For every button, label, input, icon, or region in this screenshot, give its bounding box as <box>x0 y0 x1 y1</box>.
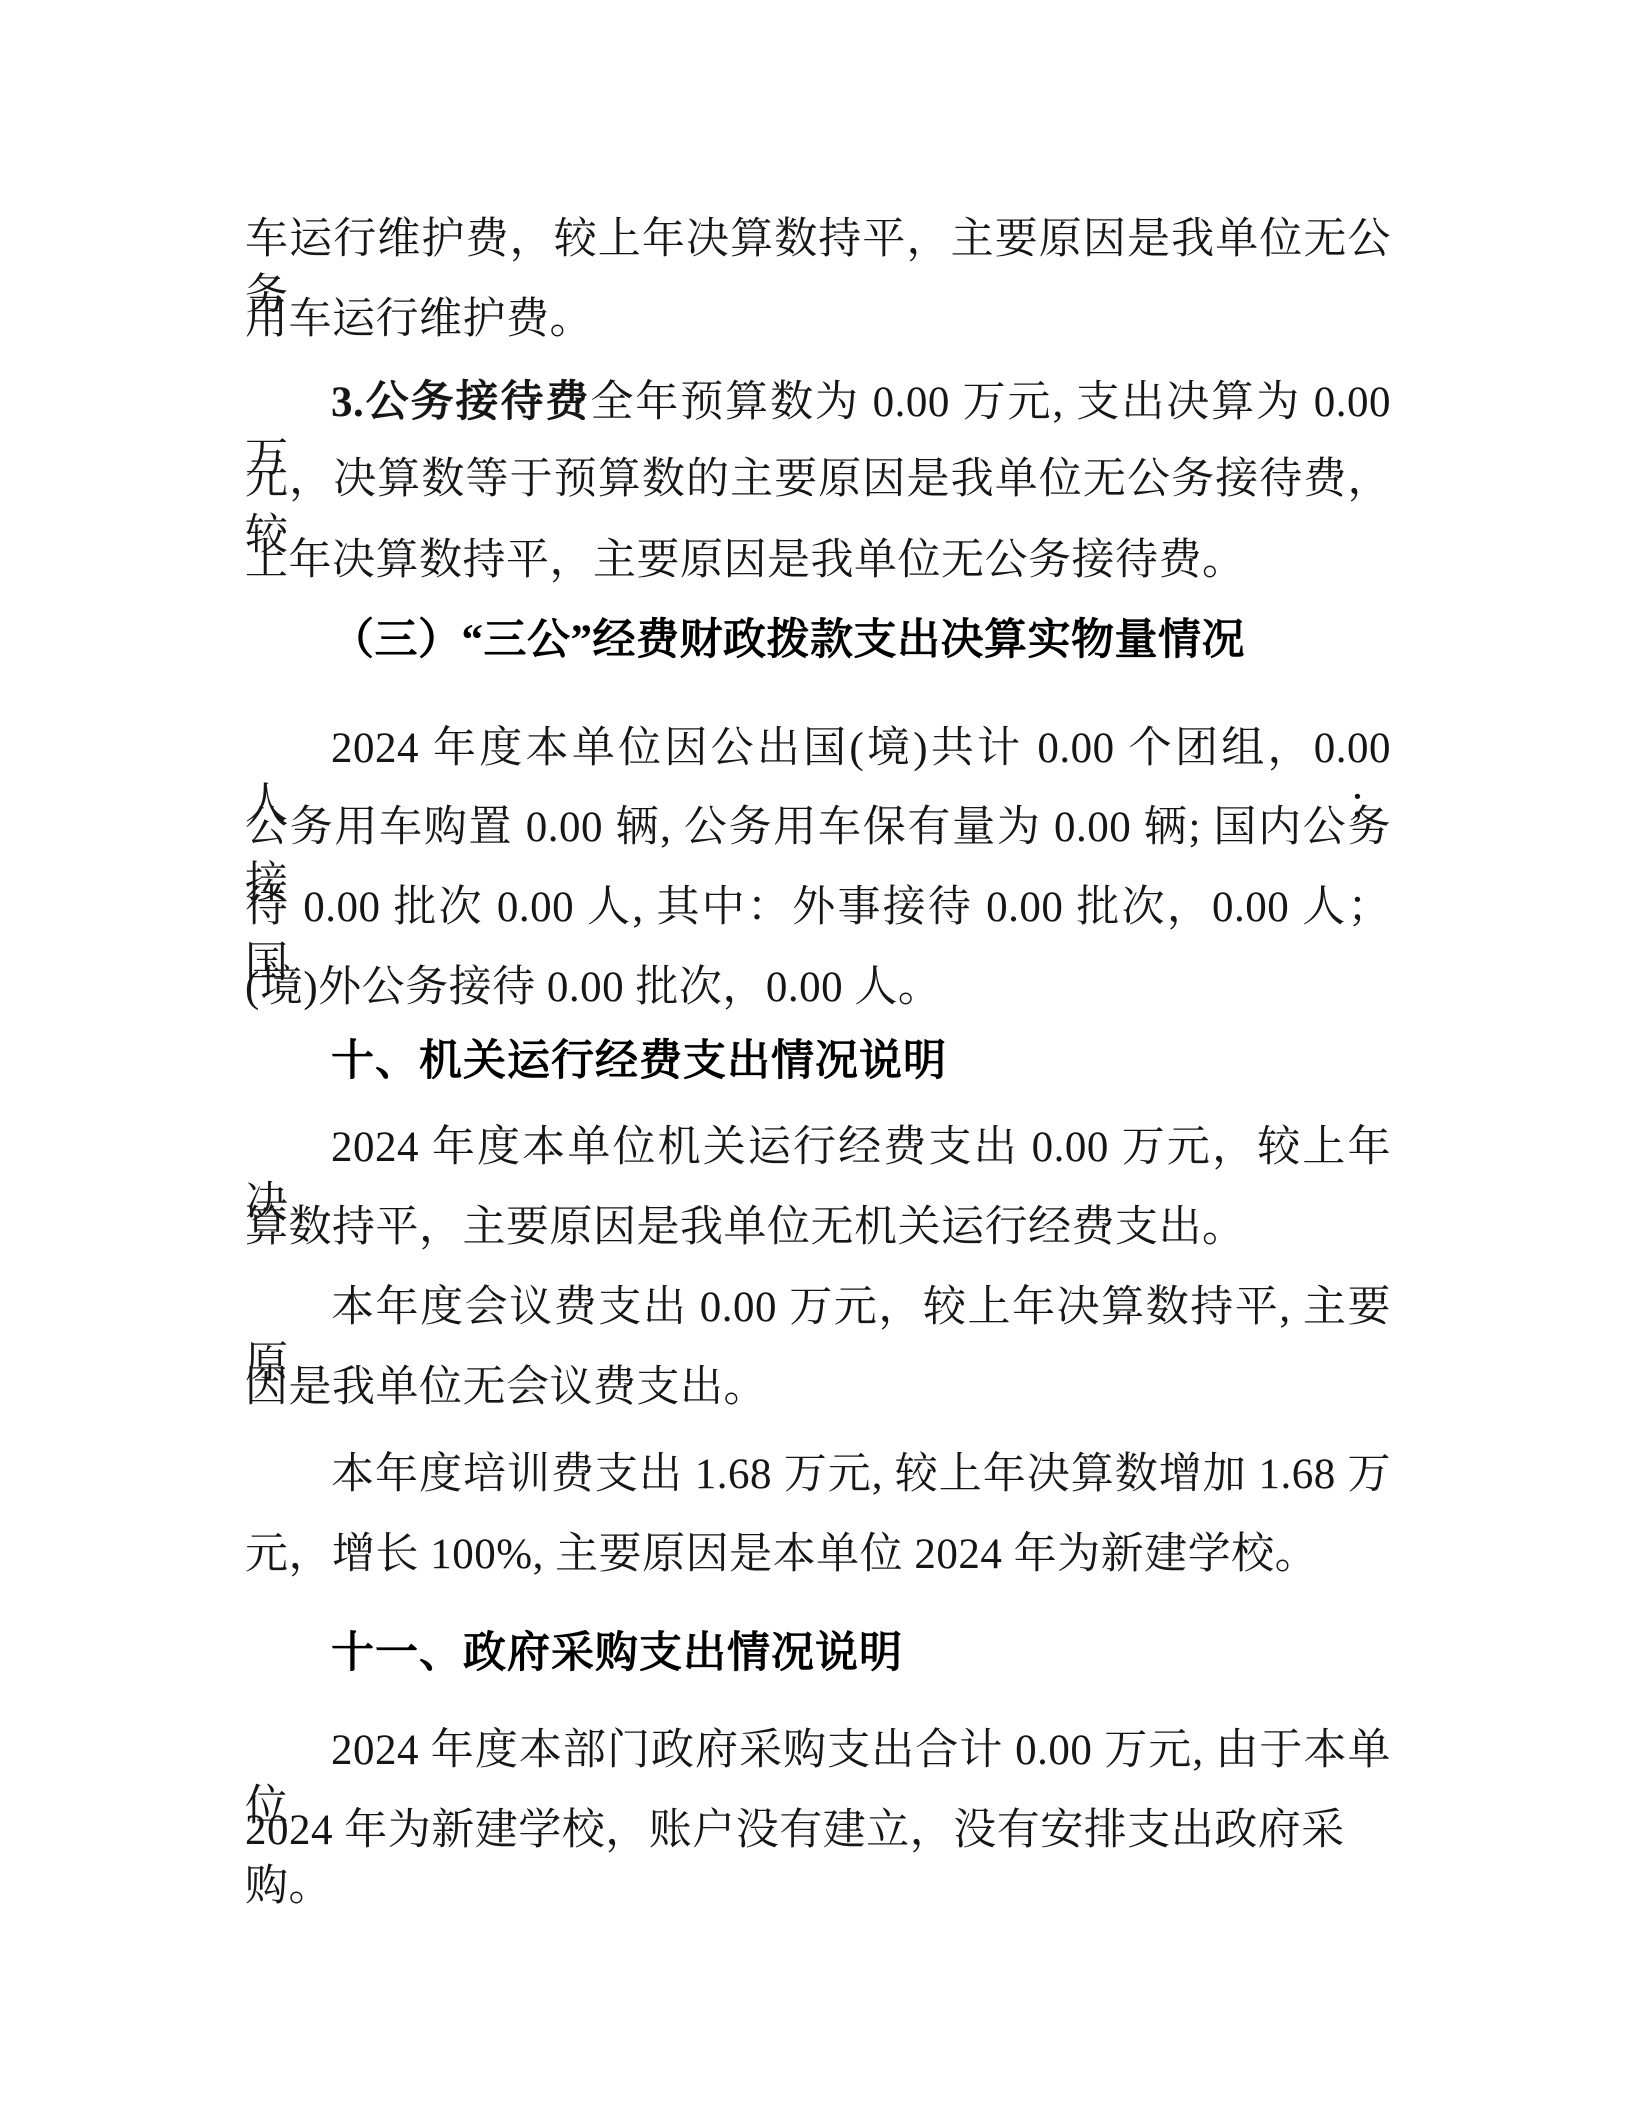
text-line: 算数持平，主要原因是我单位无机关运行经费支出。 <box>245 1200 1391 1256</box>
heading-section-ten: 十、机关运行经费支出情况说明 <box>245 1033 1391 1089</box>
document-page: 车运行维护费，较上年决算数持平，主要原因是我单位无公务 用车运行维护费。 3.公… <box>0 0 1632 2112</box>
text-line: 上年决算数持平，主要原因是我单位无公务接待费。 <box>245 533 1391 589</box>
text-line: 因是我单位无会议费支出。 <box>245 1360 1391 1416</box>
text-line: (境)外公务接待 0.00 批次，0.00 人。 <box>245 960 1391 1016</box>
text-line: 用车运行维护费。 <box>245 292 1391 348</box>
heading-section-eleven: 十一、政府采购支出情况说明 <box>245 1625 1391 1681</box>
bold-run: 3.公务接待费 <box>331 379 590 426</box>
text-line: 本年度培训费支出 1.68 万元, 较上年决算数增加 1.68 万 <box>245 1447 1391 1503</box>
heading-section-three: （三）“三公”经费财政拨款支出决算实物量情况 <box>245 613 1391 669</box>
text-line: 元，增长 100%, 主要原因是本单位 2024 年为新建学校。 <box>245 1527 1391 1583</box>
text-line: 2024 年为新建学校，账户没有建立，没有安排支出政府采购。 <box>245 1803 1391 1915</box>
